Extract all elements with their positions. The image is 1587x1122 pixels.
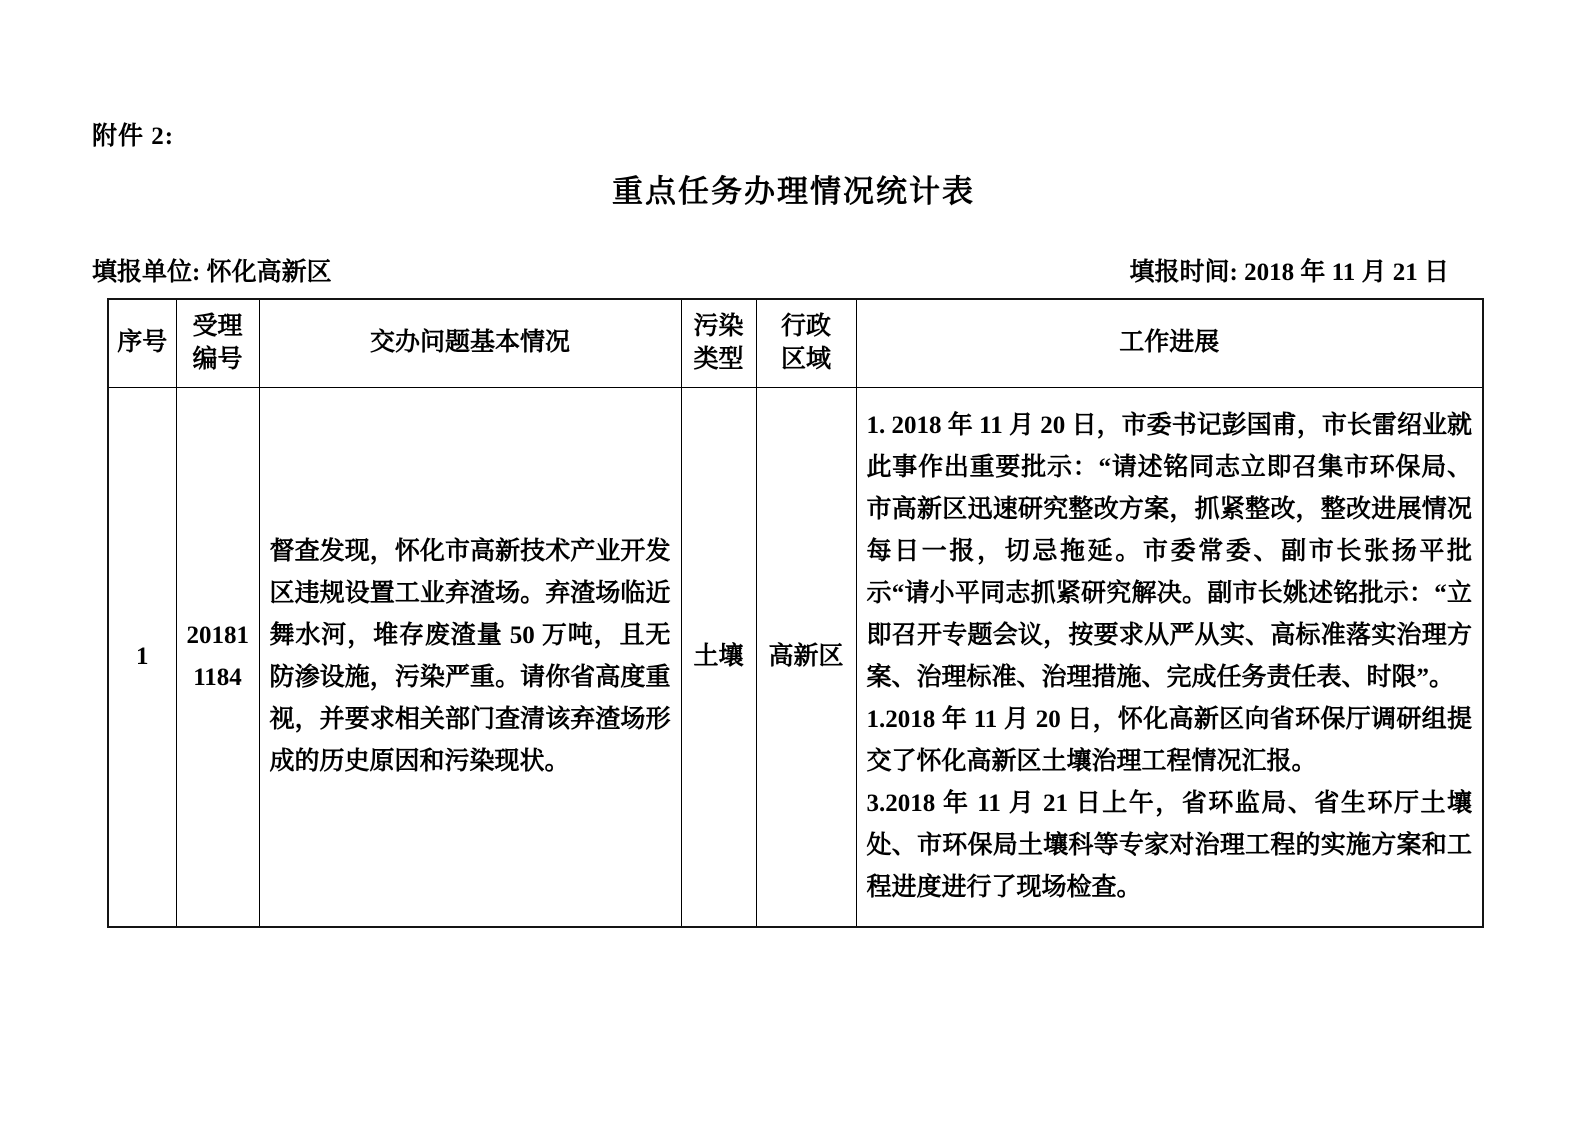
- cell-admin-region: 高新区: [756, 387, 856, 927]
- progress-paragraph: 1. 2018 年 11 月 20 日，市委书记彭国甫，市长雷绍业就此事作出重要…: [867, 405, 1473, 699]
- table-header: 序号 受理 编号 交办问题基本情况 污染 类型 行政 区域 工作进展: [108, 299, 1483, 387]
- cell-pollution-type: 土壤: [681, 387, 756, 927]
- col-header-acceptance-no: 受理 编号: [176, 299, 259, 387]
- table-row: 1 20181 1184 督查发现，怀化市高新技术产业开发区违规设置工业弃渣场。…: [108, 387, 1483, 927]
- statistics-table: 序号 受理 编号 交办问题基本情况 污染 类型 行政 区域 工作进展 1 201…: [107, 298, 1484, 928]
- col-header-admin-region: 行政 区域: [756, 299, 856, 387]
- progress-paragraph: 1.2018 年 11 月 20 日，怀化高新区向省环保厅调研组提交了怀化高新区…: [867, 699, 1473, 783]
- header-row: 序号 受理 编号 交办问题基本情况 污染 类型 行政 区域 工作进展: [108, 299, 1483, 387]
- col-header-issue: 交办问题基本情况: [259, 299, 681, 387]
- reporting-time: 填报时间: 2018 年 11 月 21 日: [1130, 252, 1449, 288]
- reporting-unit: 填报单位: 怀化高新区: [92, 252, 332, 288]
- cell-acceptance-no: 20181 1184: [176, 387, 259, 927]
- attachment-label: 附件 2:: [92, 116, 174, 152]
- col-header-serial: 序号: [108, 299, 176, 387]
- document-page: 附件 2: 重点任务办理情况统计表 填报单位: 怀化高新区 填报时间: 2018…: [0, 0, 1587, 1122]
- cell-issue-description: 督查发现，怀化市高新技术产业开发区违规设置工业弃渣场。弃渣场临近舞水河，堆存废渣…: [259, 387, 681, 927]
- col-header-pollution-type: 污染 类型: [681, 299, 756, 387]
- col-header-progress: 工作进展: [856, 299, 1483, 387]
- progress-paragraph: 3.2018 年 11 月 21 日上午，省环监局、省生环厅土壤处、市环保局土壤…: [867, 783, 1473, 909]
- cell-serial: 1: [108, 387, 176, 927]
- cell-work-progress: 1. 2018 年 11 月 20 日，市委书记彭国甫，市长雷绍业就此事作出重要…: [856, 387, 1483, 927]
- page-title: 重点任务办理情况统计表: [0, 166, 1587, 211]
- meta-row: 填报单位: 怀化高新区 填报时间: 2018 年 11 月 21 日: [92, 252, 1449, 288]
